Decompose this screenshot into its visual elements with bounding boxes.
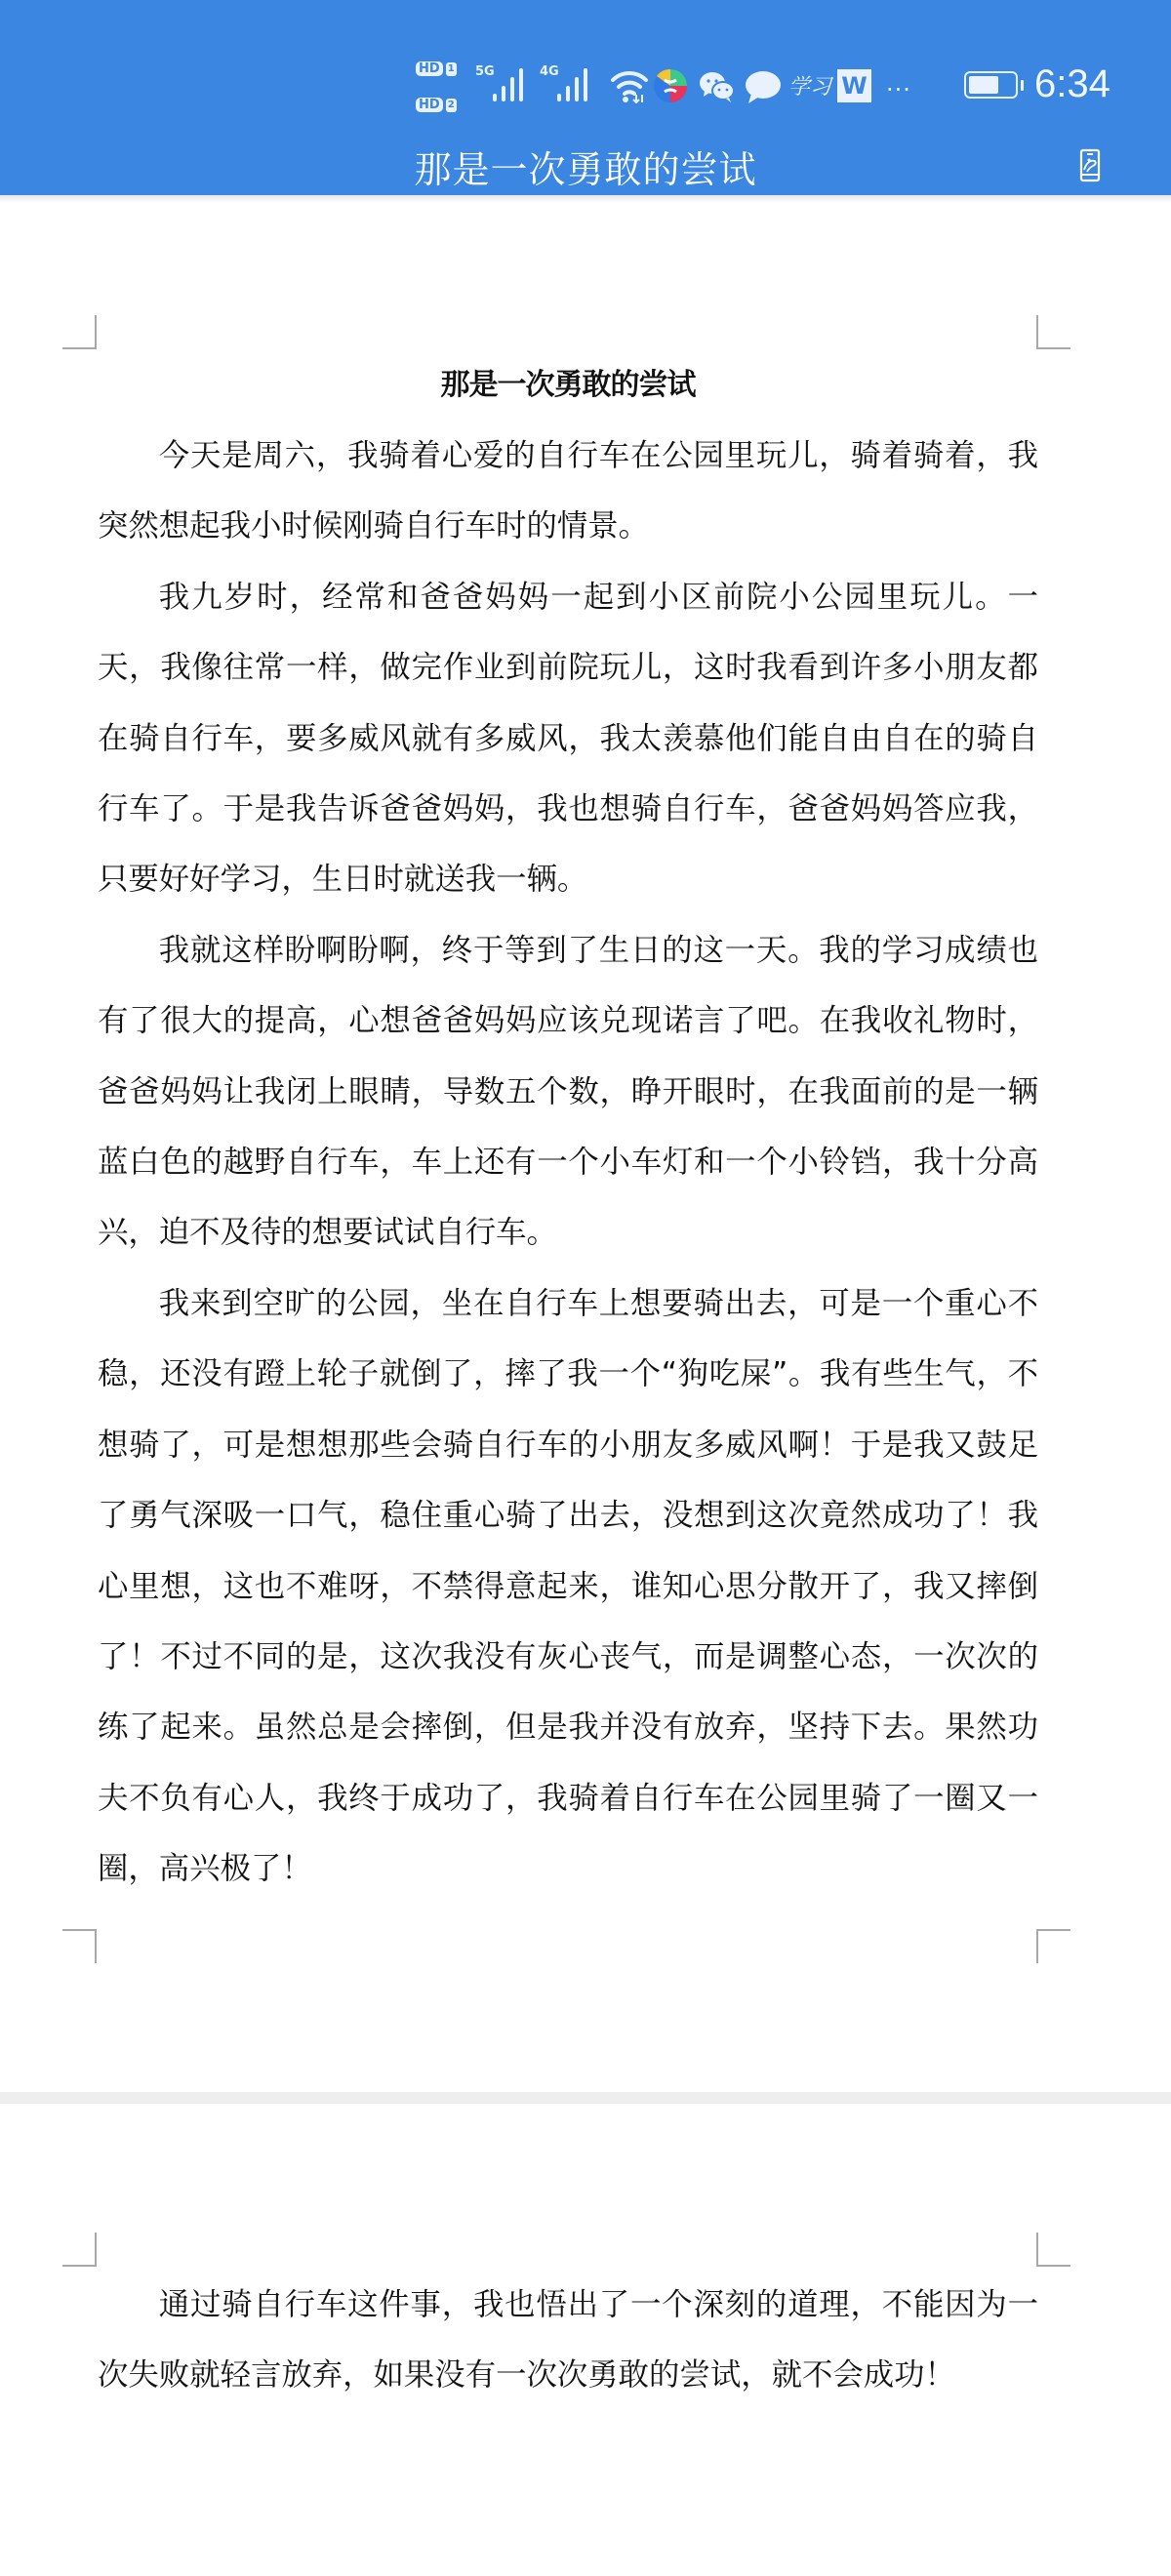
page-margin-corner-bottom-left	[62, 1929, 97, 1963]
phone-mode-icon	[1073, 148, 1107, 183]
paragraph: 今天是周六，我骑着心爱的自行车在公园里玩儿，骑着骑着，我突然想起我小时候刚骑自行…	[98, 421, 1038, 562]
wifi-icon	[610, 68, 649, 107]
page-margin-corner-top-right	[1036, 315, 1070, 349]
sim2-hd-badge: HD 2	[416, 97, 457, 113]
paragraph: 我就这样盼啊盼啊，终于等到了生日的这一天。我的学习成绩也有了很大的提高，心想爸爸…	[98, 915, 1038, 1268]
sim-index: 2	[446, 99, 457, 112]
hd-voice-icon: HD	[416, 61, 443, 76]
signal-strength-icon	[493, 68, 523, 101]
network-type-4g: 4G	[540, 64, 559, 79]
page-separator	[0, 2092, 1171, 2104]
app-bar: HD 1 HD 2 5G 4G	[0, 0, 1171, 195]
title-bar: 那是一次勇敢的尝试	[0, 137, 1171, 195]
colorful-circle-app-icon	[653, 68, 688, 107]
sim1-hd-badge: HD 1	[416, 60, 457, 77]
mobile-view-button[interactable]	[1073, 148, 1107, 183]
paragraph: 我来到空旷的公园，坐在自行车上想要骑出去，可是一个重心不稳，还没有蹬上轮子就倒了…	[98, 1268, 1038, 1905]
sim-index: 1	[446, 62, 457, 76]
document-page-1[interactable]: 那是一次勇敢的尝试 今天是周六，我骑着心爱的自行车在公园里玩儿，骑着骑着，我突然…	[0, 203, 1171, 2092]
page-2-content: 通过骑自行车这件事，我也悟出了一个深刻的道理，不能因为一次失败就轻言放弃，如果没…	[98, 2270, 1038, 2411]
xuexi-app-icon: 学习	[788, 70, 831, 101]
hd-voice-icon: HD	[416, 98, 443, 112]
message-bubble-icon	[745, 70, 782, 109]
network-type-5g: 5G	[475, 64, 495, 79]
page-margin-corner-bottom-right	[1036, 1929, 1070, 1963]
document-title: 那是一次勇敢的尝试	[98, 364, 1038, 407]
paragraph: 通过骑自行车这件事，我也悟出了一个深刻的道理，不能因为一次失败就轻言放弃，如果没…	[98, 2270, 1038, 2411]
document-page-2[interactable]: 通过骑自行车这件事，我也悟出了一个深刻的道理，不能因为一次失败就轻言放弃，如果没…	[0, 2104, 1171, 2576]
page-1-content: 那是一次勇敢的尝试 今天是周六，我骑着心爱的自行车在公园里玩儿，骑着骑着，我突然…	[98, 364, 1038, 1905]
clock: 6:34	[1034, 62, 1110, 106]
page-margin-corner-top-right	[1036, 2233, 1070, 2267]
page-margin-corner-top-left	[62, 315, 97, 349]
paragraph: 我九岁时，经常和爸爸妈妈一起到小区前院小公园里玩儿。一天，我像往常一样，做完作业…	[98, 562, 1038, 915]
wps-icon: W	[837, 69, 871, 102]
status-bar: HD 1 HD 2 5G 4G	[0, 0, 1171, 127]
signal-strength-icon	[557, 68, 587, 101]
page-margin-corner-top-left	[62, 2233, 97, 2267]
app-bar-shadow	[0, 195, 1171, 203]
more-notifications-icon: ···	[886, 76, 911, 103]
battery-icon	[964, 71, 1018, 99]
wechat-icon	[699, 70, 736, 107]
document-name: 那是一次勇敢的尝试	[0, 146, 1171, 193]
